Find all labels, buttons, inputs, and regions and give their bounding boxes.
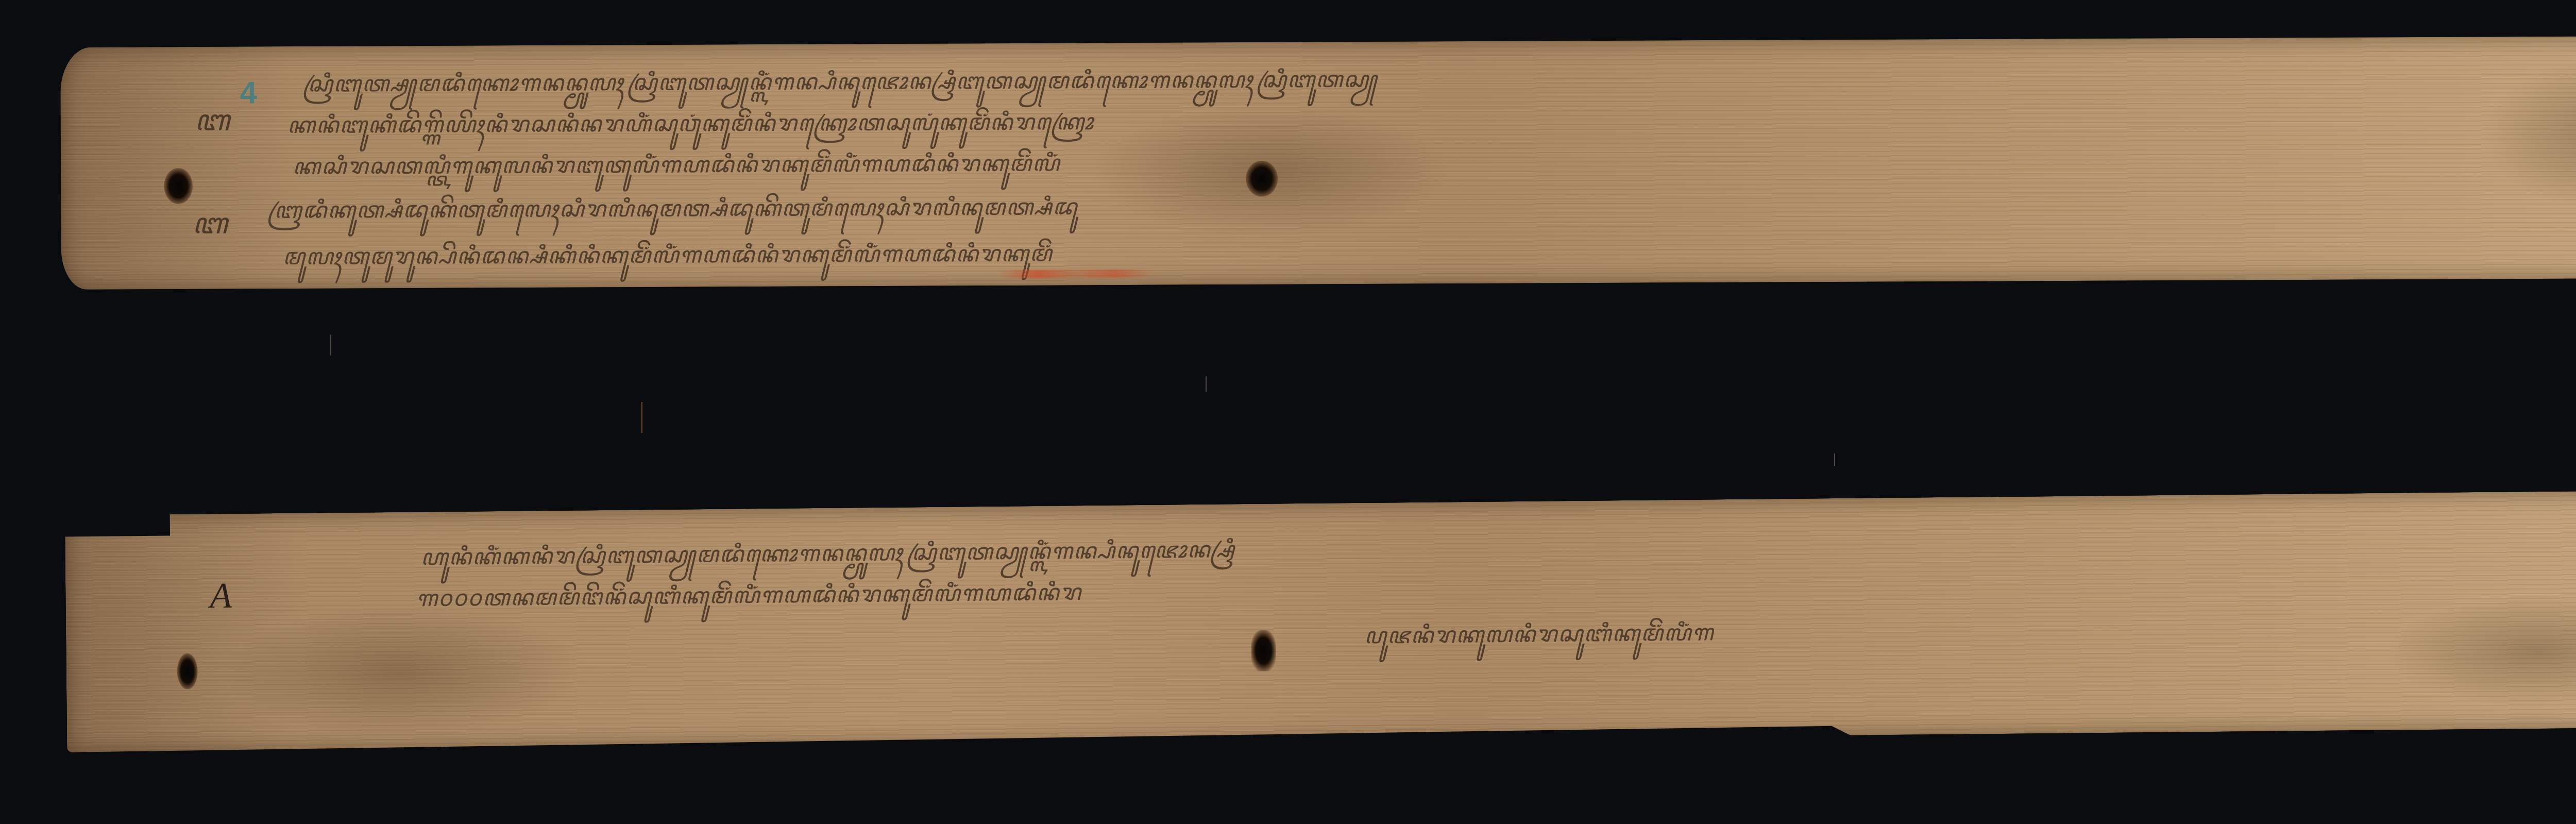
script-line: ꧑꧐꧐꧐ꦠꦤꦩꦩꦼꦔꦼꦤꦼꦁꦱꦸꦧꦶꦏꦸꦩꦼꦁꦭꦶꦁꦒꦲꦢꦶꦤꦶꦫꦏꦸꦩꦼꦁꦭꦶ… bbox=[416, 575, 1082, 627]
folio-number-left: 4 bbox=[240, 75, 257, 110]
dust-fleck bbox=[330, 335, 331, 356]
folio-letter-left: A bbox=[210, 576, 232, 617]
stain bbox=[2482, 56, 2576, 212]
script-line: ꦩꦸꦭꦃꦠꦸꦩꦸꦫꦸꦤ꧀ꦥꦼꦤꦶꦢꦤ꧀ꦱꦶꦏꦶꦤꦶꦏꦸꦩꦼꦁꦭꦶꦁꦒꦲꦢꦶꦤꦶꦫ… bbox=[283, 237, 1053, 286]
dust-fleck bbox=[1206, 376, 1207, 392]
string-hole-center bbox=[1251, 630, 1276, 671]
palm-leaf-top: 4 5 ꦧ ꦧ ꦱꦿꦶꦧꦸꦠ꧀ꦱꦾꦩꦢꦶꦏꦺꦴꦒꦤꦤ꧀ꦩꦸꦭꦃꦱꦿꦶꦧꦸꦠꦱꦾꦤ… bbox=[60, 35, 2576, 290]
script-line: ꦧꦿꦢꦶꦏꦸꦠ꧀ꦱꦶꦢꦸꦏꦼꦠꦸꦩꦶꦭꦺꦃꦱꦶꦫꦭꦶꦤꦸꦩꦠ꧀ꦱꦶꦢꦸꦏꦼꦠꦸꦩ… bbox=[267, 190, 1078, 239]
string-hole-left bbox=[164, 168, 193, 204]
script-line: ꦱꦿꦶꦧꦸꦠ꧀ꦱꦾꦩꦢꦶꦏꦺꦴꦒꦤꦤ꧀ꦩꦸꦭꦃꦱꦿꦶꦧꦸꦠꦱꦾꦤ꧀ꦭꦶꦁꦒꦤ꧀ꦥ… bbox=[302, 62, 1378, 113]
dust-fleck bbox=[1834, 453, 1835, 466]
script-line: ꦥꦸꦗꦤꦶꦫꦏꦸꦭꦤꦶꦫꦱꦸꦧꦶꦏꦸꦩꦼꦁꦭꦶꦁꦒ bbox=[1364, 615, 1715, 665]
string-hole-center bbox=[1246, 161, 1278, 197]
red-ink-smear bbox=[999, 270, 1154, 278]
string-hole-left bbox=[177, 653, 198, 690]
dust-fleck bbox=[641, 402, 642, 433]
margin-glyph: ꦧ bbox=[192, 201, 227, 260]
palm-leaf-bottom: A 9 R ꦲꦸꦤꦶꦏꦶꦁꦏꦤꦶꦫꦱꦿꦶꦧꦸꦠꦱꦾꦩꦢꦶꦏꦺꦴꦒꦤꦤ꧀ꦩꦸꦭꦃꦱ… bbox=[65, 487, 2576, 752]
margin-glyph: ꦧ bbox=[194, 98, 229, 157]
script-line: ꦏꦱꦶꦫꦱꦠꦭ꧀ꦠꦶꦒꦸꦏꦸꦭꦤꦶꦫꦧꦸꦠꦸꦭꦶꦁꦒꦲꦢꦶꦤꦶꦫꦏꦸꦩꦼꦁꦭꦶꦁ… bbox=[293, 146, 1060, 196]
stain bbox=[2384, 593, 2576, 710]
